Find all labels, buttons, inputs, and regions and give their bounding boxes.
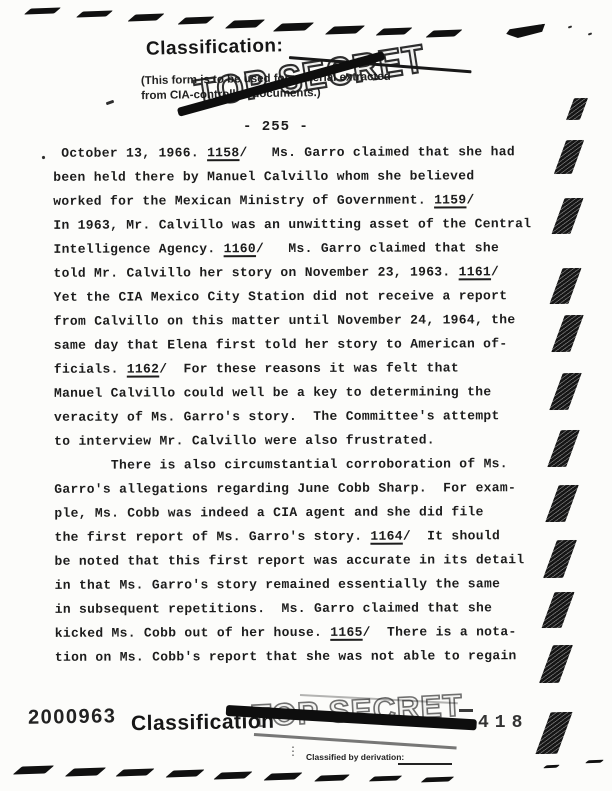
film-mark [375, 28, 412, 36]
text-line: ple, Ms. Cobb was indeed a CIA agent and… [54, 500, 532, 526]
classified-by-label: Classified by derivation: [306, 752, 404, 762]
text-line: from Calvillo on this matter until Novem… [54, 308, 532, 334]
film-mark [106, 100, 115, 106]
page-number: - 255 - [243, 119, 309, 135]
text-line: kicked Ms. Cobb out of her house. 1165/ … [55, 620, 533, 646]
stamp-frame-bottom-edge [254, 733, 457, 749]
page-stamp-dash [459, 709, 473, 712]
document-page: Classification: (This form is to be used… [0, 0, 612, 791]
film-mark [42, 156, 46, 160]
film-mark [588, 32, 592, 35]
text-line: in that Ms. Garro's story remained essen… [55, 572, 533, 598]
film-mark [549, 373, 582, 410]
text-line: Manuel Calvillo could well be a key to d… [54, 380, 532, 406]
film-mark [24, 7, 61, 14]
text-line: Intelligence Agency. 1160/ Ms. Garro cla… [53, 236, 531, 262]
film-mark [543, 765, 560, 768]
film-mark [551, 315, 584, 352]
text-line: veracity of Ms. Garro's story. The Commi… [54, 404, 532, 430]
film-mark [225, 19, 265, 28]
text-line: in subsequent repetitions. Ms. Garro cla… [55, 596, 533, 622]
film-mark [314, 775, 350, 782]
film-mark [535, 712, 573, 754]
text-line: been held there by Manuel Calvillo whom … [53, 164, 531, 190]
body-text: October 13, 1966. 1158/ Ms. Garro claime… [53, 140, 533, 670]
film-mark [421, 777, 455, 783]
film-mark [545, 485, 579, 522]
text-line: same day that Elena first told her story… [54, 332, 532, 358]
classification-label-top: Classification: [146, 35, 284, 61]
text-line: to interview Mr. Calvillo were also frus… [54, 428, 532, 454]
text-line: ficials. 1162/ For these reasons it was … [54, 356, 532, 382]
film-mark [541, 592, 574, 628]
text-line: Yet the CIA Mexico City Station did not … [54, 284, 532, 310]
film-mark [76, 10, 113, 17]
film-mark [115, 768, 154, 776]
text-line: October 13, 1966. 1158/ Ms. Garro claime… [53, 140, 531, 166]
film-mark [547, 430, 580, 467]
film-mark [539, 645, 573, 683]
film-mark [273, 22, 315, 31]
stray-dots: ⋮ [287, 744, 299, 758]
document-number-stamp: 2000963 [28, 705, 117, 730]
page-stamp-number: 418 [478, 713, 528, 733]
film-mark [554, 140, 585, 174]
film-mark [65, 767, 107, 776]
film-mark [566, 98, 588, 120]
film-mark [551, 198, 583, 234]
film-mark [543, 540, 577, 578]
film-mark [263, 772, 302, 780]
text-line: Garro's allegations regarding June Cobb … [54, 476, 532, 502]
film-mark [425, 30, 462, 38]
film-mark [165, 769, 204, 777]
film-mark [585, 760, 604, 764]
text-line: told Mr. Calvillo her story on November … [53, 260, 531, 286]
film-mark [213, 771, 252, 779]
film-mark [177, 17, 214, 25]
film-mark [549, 268, 581, 304]
text-line: worked for the Mexican Ministry of Gover… [53, 188, 531, 214]
text-line: the first report of Ms. Garro's story. 1… [54, 524, 532, 550]
film-mark [325, 25, 365, 34]
film-mark [127, 14, 164, 22]
classified-by-line [398, 763, 452, 765]
text-line: There is also circumstantial corroborati… [54, 452, 532, 478]
text-line: In 1963, Mr. Calvillo was an unwitting a… [53, 212, 531, 238]
text-line: tion on Ms. Cobb's report that she was n… [55, 644, 533, 670]
film-mark [13, 765, 55, 774]
text-line: be noted that this first report was accu… [55, 548, 533, 574]
film-mark [369, 776, 403, 782]
film-mark [568, 25, 572, 28]
film-mark [505, 24, 546, 40]
